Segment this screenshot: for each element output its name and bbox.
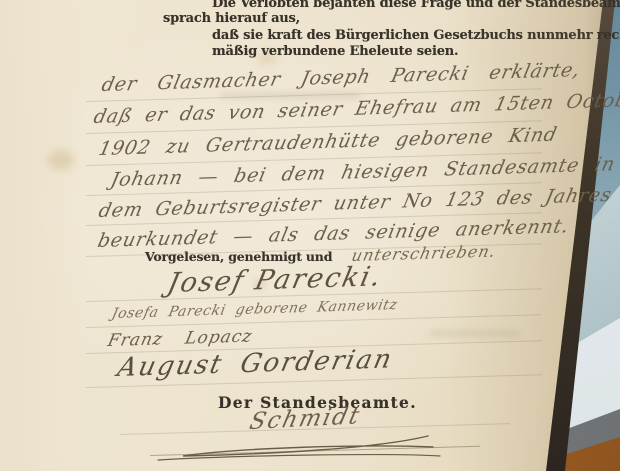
printed-header-line: Die Verlobten bejahten diese Frage und d…: [212, 0, 620, 11]
ink-bleedthrough: [430, 330, 520, 337]
printed-header-line: sprach hierauf aus,: [163, 11, 300, 26]
printed-header-line: daß sie kraft des Bürgerlichen Gesetzbuc…: [212, 28, 620, 43]
printed-closing-prefix: Vorgelesen, genehmigt und: [145, 249, 332, 264]
printed-header-line: mäßig verbundene Eheleute seien.: [212, 44, 458, 59]
document-photo: Die Verlobten bejahten diese Frage und d…: [0, 0, 620, 471]
signature-flourish: [128, 434, 448, 466]
paper-stain: [48, 150, 74, 170]
